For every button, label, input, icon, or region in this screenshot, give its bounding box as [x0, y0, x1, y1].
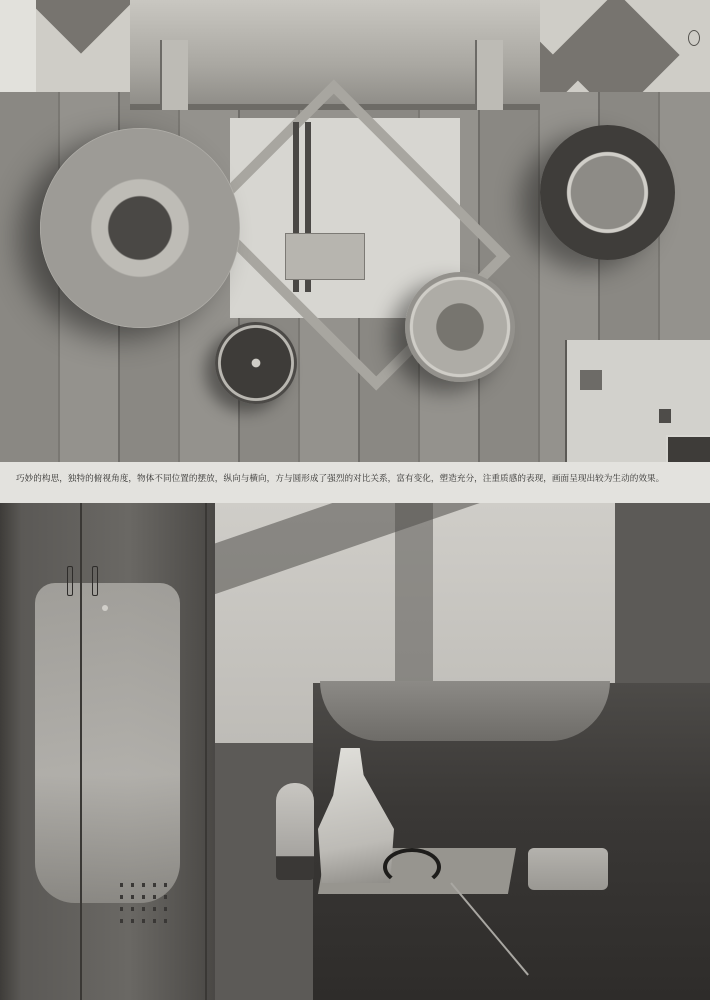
- note-square: [659, 409, 671, 423]
- caption-text: 巧妙的构思，独特的俯视角度，物体不同位置的摆放，纵向与横向，方与圆形成了强烈的对…: [16, 472, 706, 486]
- dark-bowl: [540, 125, 675, 260]
- bench-leg: [475, 40, 503, 110]
- headphones: [383, 848, 441, 886]
- cabinet-handle: [92, 566, 98, 596]
- top-still-life-drawing: [0, 0, 710, 462]
- box-top-light: [320, 681, 610, 741]
- note-stamp: [580, 370, 602, 390]
- vent-holes: [120, 895, 168, 899]
- cabinet-knob: [102, 605, 108, 611]
- small-dark-plate: [215, 322, 297, 404]
- cabinet-edge: [205, 503, 207, 1000]
- vent-holes: [120, 919, 168, 923]
- note-dark-box: [666, 435, 710, 462]
- cabinet: [0, 503, 215, 1000]
- cushion-pad: [528, 848, 608, 890]
- bottom-still-life-drawing: [0, 503, 710, 1000]
- small-card: [285, 233, 365, 280]
- cabinet-light: [35, 583, 180, 903]
- tile-diamond: [17, 0, 144, 54]
- saucer-with-cup: [40, 128, 240, 328]
- bottle: [276, 783, 314, 880]
- flower-sketch: [688, 30, 700, 46]
- plate: [405, 272, 515, 382]
- page-margin: [0, 0, 36, 92]
- cabinet-handle: [67, 566, 73, 596]
- cabinet-seam: [80, 503, 82, 1000]
- vent-holes: [120, 883, 168, 887]
- vent-holes: [120, 907, 168, 911]
- bench-leg: [160, 40, 188, 110]
